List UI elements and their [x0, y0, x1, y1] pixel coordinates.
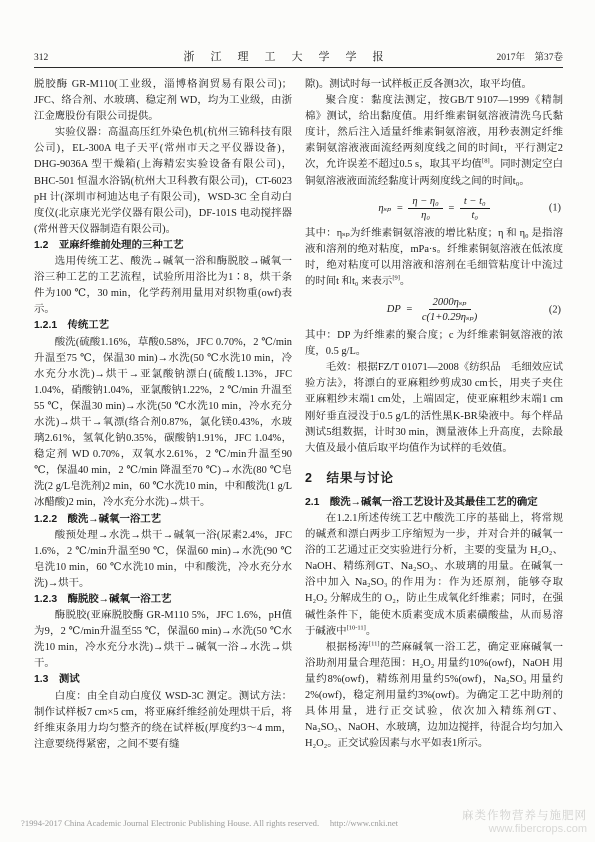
watermark-site-name: 麻类作物营养与施肥网: [462, 810, 587, 823]
equation: DP=2000ηₛₚc(1+0.29ηₛₚ)(2): [305, 296, 563, 323]
paragraph: 选用传统工艺、酸洗→碱氧一浴和酶脱胶→碱氧一浴三种工艺的工艺流程，试验所用浴比为…: [34, 254, 292, 318]
paragraph: 酸洗(硫酸1.16%，草酸0.58%，JFC 0.70%，2 ℃/min升温至7…: [34, 335, 292, 512]
journal-title: 浙江理工大学学报: [114, 48, 453, 64]
section-heading: 2.1 酸洗→碱氧一浴工艺设计及其最佳工艺的确定: [305, 495, 563, 511]
paragraph: 其中：ηₛₚ为纤维素铜氨溶液的增比粘度；η 和 η₀ 是指溶液和溶剂的绝对粘度，…: [305, 226, 563, 290]
equation-number: (1): [549, 203, 561, 214]
paragraph: 酸预处理→水洗→烘干→碱氧一浴(尿素2.4%，JFC 1.6%，2 ℃/min升…: [34, 528, 292, 592]
equation-number: (2): [549, 304, 561, 315]
right-column: 隙)。测试时每一试样板正反各测3次，取平均值。聚合度：黏度法测定，按GB/T 9…: [305, 77, 563, 753]
watermark-url: www.fibercrops.com: [462, 823, 587, 836]
paragraph: 隙)。测试时每一试样板正反各测3次，取平均值。: [305, 77, 563, 93]
section-heading: 1.2 亚麻纤维前处理的三种工艺: [34, 238, 292, 254]
watermark: 麻类作物营养与施肥网 www.fibercrops.com: [462, 810, 587, 836]
paragraph: 在1.2.1所述传统工艺中酸洗工序的基础上，将常规的碱煮和漂白两步工序缩短为一步…: [305, 511, 563, 640]
journal-page: 312 浙江理工大学学报 2017年 第37卷 脱胶酶 GR-M110(工业级，…: [0, 0, 595, 842]
section-heading: 1.2.2 酸洗→碱氧一浴工艺: [34, 512, 292, 528]
section-heading: 1.3 测试: [34, 672, 292, 688]
section-heading: 2 结果与讨论: [305, 470, 563, 486]
section-heading: 1.2.1 传统工艺: [34, 318, 292, 334]
paragraph: 聚合度：黏度法测定，按GB/T 9107—1999《精制棉》测试，给出黏度值。用…: [305, 93, 563, 190]
equation-body: DP=2000ηₛₚc(1+0.29ηₛₚ): [387, 296, 481, 323]
paragraph: 其中：DP 为纤维素的聚合度；c 为纤维素铜氨溶液的浓度，0.5 g/L。: [305, 328, 563, 360]
paragraph: 实验仪器：高温高压红外染色机(杭州三锦科技有限公司)，EL-300A 电子天平(…: [34, 125, 292, 238]
equation: ηₛₚ=η − η₀η₀=t − t₀t₀(1): [305, 196, 563, 221]
page-number: 312: [34, 53, 114, 63]
paragraph: 毛效：根据FZ/T 01071—2008《纺织品 毛细效应试验方法》，将漂白的亚…: [305, 360, 563, 457]
paragraph: 根据杨涛[11]的苎麻碱氧一浴工艺，确定亚麻碱氧一浴助剂用量合理范围：H₂O₂ …: [305, 640, 563, 753]
paragraph: 白度：由全自动白度仪 WSD-3C 测定。测试方法：制作试样板7 cm×5 cm…: [34, 689, 292, 753]
page-header: 312 浙江理工大学学报 2017年 第37卷: [34, 48, 563, 64]
header-rule: [34, 67, 563, 68]
article-body: 脱胶酶 GR-M110(工业级，淄博格润贸易有限公司)；JFC、络合剂、水玻璃、…: [34, 77, 563, 753]
paragraph: 酶脱胶(亚麻脱胶酶 GR-M110 5%，JFC 1.6%，pH值为9，2 ℃/…: [34, 608, 292, 672]
equation-body: ηₛₚ=η − η₀η₀=t − t₀t₀: [378, 196, 489, 221]
paragraph: 脱胶酶 GR-M110(工业级，淄博格润贸易有限公司)；JFC、络合剂、水玻璃、…: [34, 77, 292, 125]
left-column: 脱胶酶 GR-M110(工业级，淄博格润贸易有限公司)；JFC、络合剂、水玻璃、…: [34, 77, 292, 753]
issue-info: 2017年 第37卷: [453, 49, 563, 63]
section-heading: 1.2.3 酶脱胶→碱氧一浴工艺: [34, 592, 292, 608]
